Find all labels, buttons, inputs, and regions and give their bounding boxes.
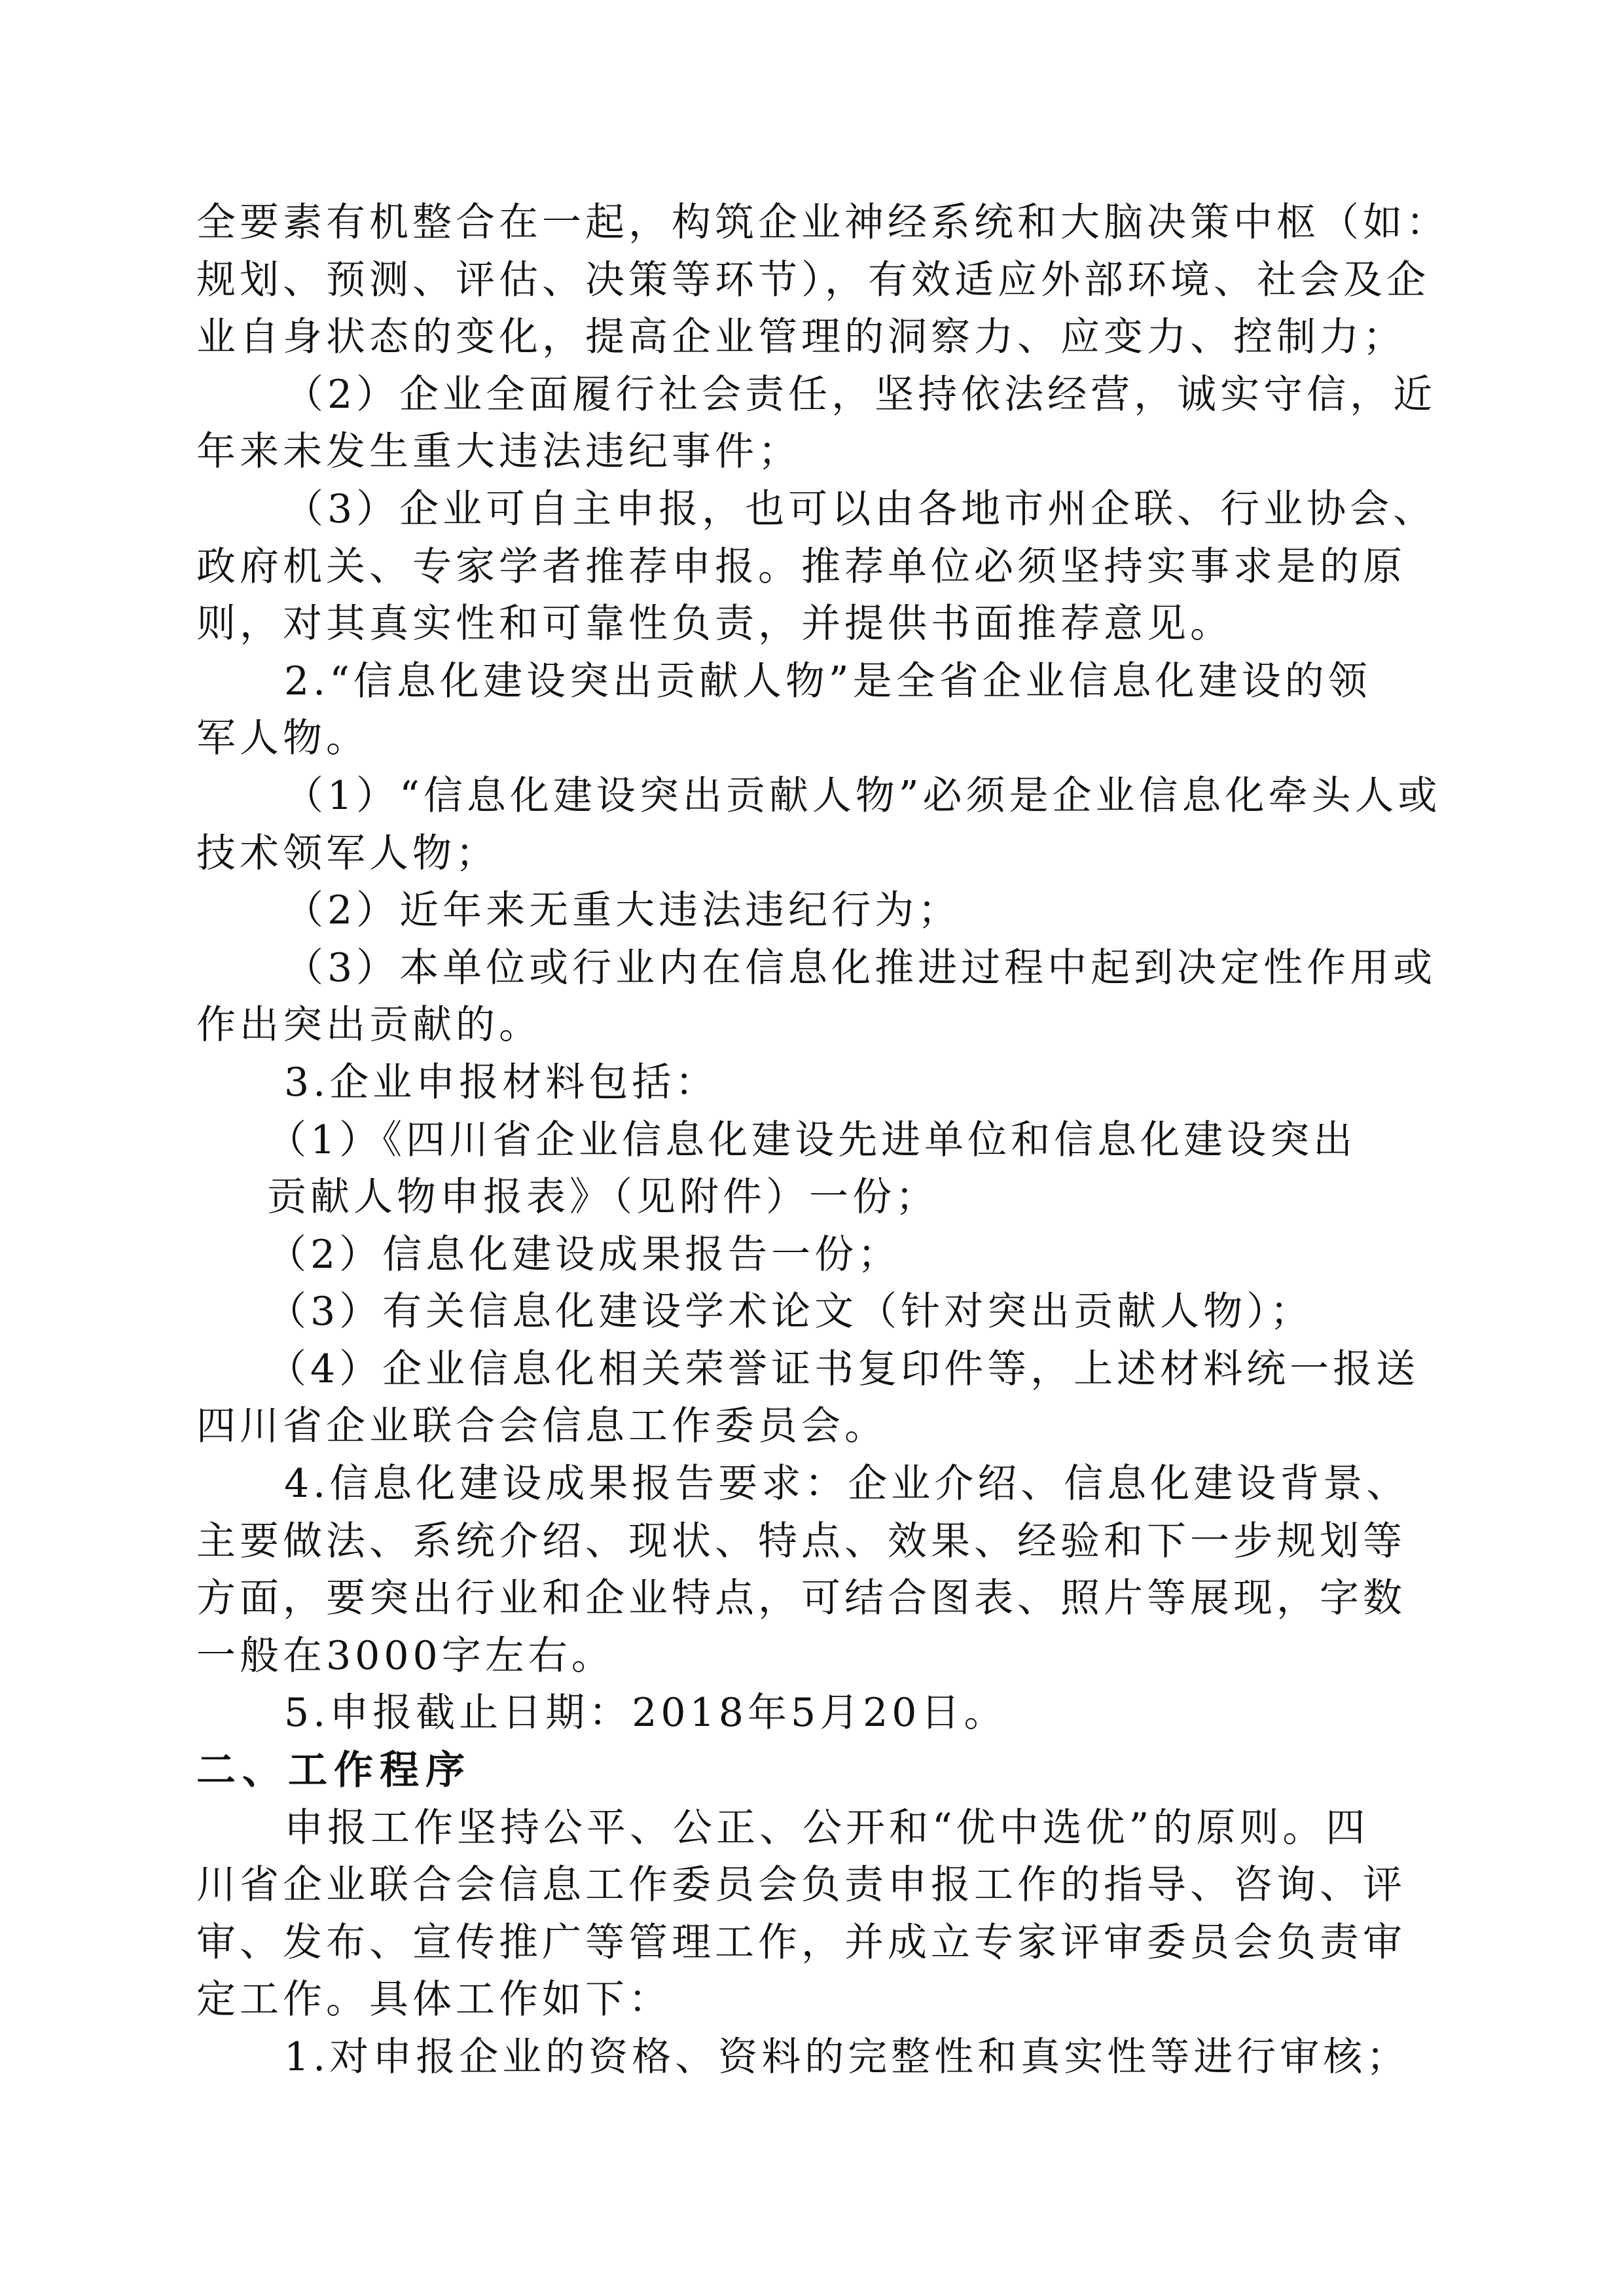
text-line: 政府机关、专家学者推荐申报。推荐单位必须坚持实事求是的原 xyxy=(196,539,1434,596)
text-line: 年来未发生重大违法违纪事件； xyxy=(196,423,1434,481)
paragraph-section-3: 3.企业申报材料包括： xyxy=(196,1054,1434,1112)
paragraph-section-3-item-1: （1）《四川省企业信息化建设先进单位和信息化建设突出 贡献人物申报表》（见附件）… xyxy=(196,1112,1434,1227)
paragraph-section-3-item-3: （3）有关信息化建设学术论文（针对突出贡献人物）； xyxy=(196,1283,1434,1341)
text-line: （1）《四川省企业信息化建设先进单位和信息化建设突出 xyxy=(196,1112,1434,1170)
text-line: 规划、预测、评估、决策等环节），有效适应外部环境、社会及企 xyxy=(196,252,1434,310)
paragraph-item-3: （3）企业可自主申报，也可以由各地市州企联、行业协会、 政府机关、专家学者推荐申… xyxy=(196,481,1434,653)
text-line: （3）企业可自主申报，也可以由各地市州企联、行业协会、 xyxy=(196,481,1434,539)
paragraph-section-2-item-3: （3）本单位或行业内在信息化推进过程中起到决定性作用或 作出突出贡献的。 xyxy=(196,940,1434,1054)
text-line: 4.信息化建设成果报告要求：企业介绍、信息化建设背景、 xyxy=(196,1456,1434,1513)
paragraph-section-2-item-2: （2）近年来无重大违法违纪行为； xyxy=(196,882,1434,940)
text-line: （2）企业全面履行社会责任，坚持依法经营，诚实守信，近 xyxy=(196,367,1434,424)
paragraph-procedure-step-1: 1.对申报企业的资格、资料的完整性和真实性等进行审核； xyxy=(196,2029,1434,2087)
paragraph-item-2: （2）企业全面履行社会责任，坚持依法经营，诚实守信，近 年来未发生重大违法违纪事… xyxy=(196,367,1434,481)
text-line: （3）有关信息化建设学术论文（针对突出贡献人物）； xyxy=(196,1283,1434,1341)
document-page: 全要素有机整合在一起，构筑企业神经系统和大脑决策中枢（如： 规划、预测、评估、决… xyxy=(196,194,1434,2087)
paragraph-intro-continuation: 全要素有机整合在一起，构筑企业神经系统和大脑决策中枢（如： 规划、预测、评估、决… xyxy=(196,194,1434,367)
text-line: 主要做法、系统介绍、现状、特点、效果、经验和下一步规划等 xyxy=(196,1513,1434,1571)
paragraph-section-4: 4.信息化建设成果报告要求：企业介绍、信息化建设背景、 主要做法、系统介绍、现状… xyxy=(196,1456,1434,1685)
paragraph-section-3-item-2: （2）信息化建设成果报告一份； xyxy=(196,1227,1434,1284)
text-line: 四川省企业联合会信息工作委员会。 xyxy=(196,1398,1434,1456)
text-line: （3）本单位或行业内在信息化推进过程中起到决定性作用或 xyxy=(196,940,1434,997)
paragraph-procedure-intro: 申报工作坚持公平、公正、公开和“优中选优”的原则。四 川省企业联合会信息工作委员… xyxy=(196,1800,1434,2029)
text-line: （1）“信息化建设突出贡献人物”必须是企业信息化牵头人或 xyxy=(196,768,1434,825)
text-line: （4）企业信息化相关荣誉证书复印件等，上述材料统一报送 xyxy=(196,1341,1434,1399)
text-line: （2）信息化建设成果报告一份； xyxy=(196,1227,1434,1284)
text-line: 方面，要突出行业和企业特点，可结合图表、照片等展现，字数 xyxy=(196,1570,1434,1628)
text-line: 3.企业申报材料包括： xyxy=(196,1054,1434,1112)
text-line: 贡献人物申报表》（见附件）一份； xyxy=(196,1169,1434,1227)
paragraph-section-3-item-4: （4）企业信息化相关荣誉证书复印件等，上述材料统一报送 四川省企业联合会信息工作… xyxy=(196,1341,1434,1456)
text-line: 全要素有机整合在一起，构筑企业神经系统和大脑决策中枢（如： xyxy=(196,194,1434,252)
text-line: 申报工作坚持公平、公正、公开和“优中选优”的原则。四 xyxy=(196,1800,1434,1857)
paragraph-section-2-item-1: （1）“信息化建设突出贡献人物”必须是企业信息化牵头人或 技术领军人物； xyxy=(196,768,1434,882)
text-line: 5.申报截止日期：2018年5月20日。 xyxy=(196,1685,1434,1742)
section-heading: 二、工作程序 xyxy=(196,1742,1434,1800)
text-line: 审、发布、宣传推广等管理工作，并成立专家评审委员会负责审 xyxy=(196,1914,1434,1972)
text-line: （2）近年来无重大违法违纪行为； xyxy=(196,882,1434,940)
text-line: 军人物。 xyxy=(196,710,1434,768)
text-line: 业自身状态的变化，提高企业管理的洞察力、应变力、控制力； xyxy=(196,309,1434,367)
text-line: 则，对其真实性和可靠性负责，并提供书面推荐意见。 xyxy=(196,596,1434,653)
text-line: 作出突出贡献的。 xyxy=(196,997,1434,1054)
text-line: 一般在3000字左右。 xyxy=(196,1628,1434,1685)
paragraph-section-5: 5.申报截止日期：2018年5月20日。 xyxy=(196,1685,1434,1742)
paragraph-section-2: 2.“信息化建设突出贡献人物”是全省企业信息化建设的领 军人物。 xyxy=(196,653,1434,768)
text-line: 2.“信息化建设突出贡献人物”是全省企业信息化建设的领 xyxy=(196,653,1434,711)
text-line: 1.对申报企业的资格、资料的完整性和真实性等进行审核； xyxy=(196,2029,1434,2087)
text-line: 定工作。具体工作如下： xyxy=(196,1971,1434,2029)
text-line: 技术领军人物； xyxy=(196,825,1434,883)
text-line: 川省企业联合会信息工作委员会负责申报工作的指导、咨询、评 xyxy=(196,1857,1434,1914)
